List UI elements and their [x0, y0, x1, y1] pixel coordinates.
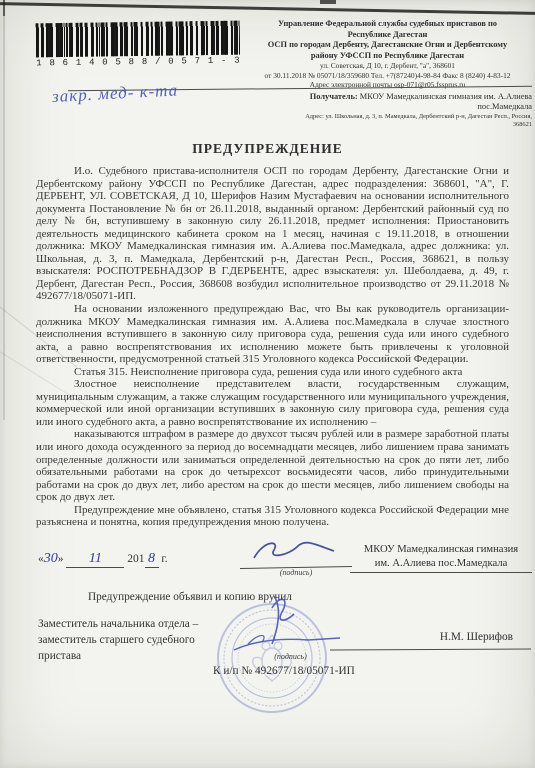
recipient-name: МКОУ Мамедкалинская гимназия им. А.Алиев…: [358, 92, 532, 101]
handwritten-signature: [240, 538, 352, 562]
recipient-line: пос.Мамедкала: [246, 102, 532, 112]
handwritten-note: закр. мед- к-та: [52, 77, 243, 107]
org-name-line: району УФССП по Республике Дагестан: [243, 51, 532, 62]
officer-title-line: Заместитель начальника отдела –: [38, 616, 218, 632]
body-paragraph: На основании изложенного предупреждаю Ва…: [36, 303, 509, 366]
body-paragraph: Злостное неисполнение представителем вла…: [36, 378, 509, 428]
body-paragraph: Статья 315. Неисполнение приговора суда,…: [36, 366, 509, 379]
recipient-address: Адрес: ул. Школьная, д. 3, п. Мамедкала,…: [246, 113, 532, 121]
scan-edge-artifact: [320, 0, 336, 4]
org-name-line: Управление Федеральной службы судебных п…: [243, 19, 532, 30]
podpis-caption: (подпись): [243, 652, 338, 661]
officer-name: Н.М. Шерифов: [330, 631, 531, 643]
recipient-line: Получатель: МКОУ Мамедкалинская гимназия…: [246, 92, 532, 102]
date-quote: »: [58, 553, 64, 565]
org-name-line: Республике Дагестан: [243, 30, 532, 41]
barcode-bars: [36, 21, 240, 58]
signature-field-recipient: (подпись): [240, 538, 352, 577]
handwritten-year-digit: 8: [148, 551, 155, 566]
org-address: ул. Советская, Д 10, г. Дербент, "а", 36…: [243, 61, 532, 70]
recipient-block: Получатель: МКОУ Мамедкалинская гимназия…: [246, 92, 532, 129]
org-name-line: МКОУ Мамедкалинская гимназия: [364, 544, 518, 555]
document-title: ПРЕДУПРЕЖДЕНИЕ: [0, 141, 535, 157]
date-field: «30» 11 2018 г.: [38, 551, 168, 568]
scanned-document-page: 1 8 6 1 4 0 5 8 8 / 0 5 7 1 - 3 Управлен…: [0, 0, 535, 768]
date-year-printed: 201: [127, 553, 144, 565]
recipient-address: 368621: [246, 121, 532, 129]
outgoing-ref: от 30.11.2018 № 05071/18/359680 Тел. +7(…: [243, 71, 532, 80]
body-paragraph: наказываются штрафом в размере до двухсо…: [36, 428, 509, 503]
case-reference: К и/п № 492677/18/05071-ИП: [213, 665, 355, 677]
handwritten-month: 11: [89, 551, 102, 566]
scan-edge-artifact: [0, 2, 535, 15]
letterhead: Управление Федеральной службы судебных п…: [243, 19, 532, 90]
body-paragraph: Предупреждение мне объявлено, статья 315…: [36, 504, 509, 529]
recipient-label: Получатель:: [310, 92, 358, 101]
barcode-digits: 1 8 6 1 4 0 5 8 8 / 0 5 7 1 - 3: [36, 56, 240, 69]
org-name-line: им. А.Алиева пос.Мамедкала: [350, 557, 532, 574]
body-paragraph: И.о. Судебного пристава-исполнителя ОСП …: [36, 165, 509, 303]
scan-edge-artifact: [3, 0, 5, 420]
podpis-caption: (подпись): [240, 568, 352, 577]
officer-signature-line: [330, 648, 531, 650]
document-body: И.о. Судебного пристава-исполнителя ОСП …: [36, 165, 509, 529]
date-suffix: г.: [161, 553, 167, 565]
org-name-line: ОСП по городам Дербенту, Дагестанские Ог…: [243, 40, 532, 51]
handwritten-day: 30: [44, 551, 58, 566]
document-barcode: 1 8 6 1 4 0 5 8 8 / 0 5 7 1 - 3: [36, 21, 241, 69]
organization-signature-block: МКОУ Мамедкалинская гимназия им. А.Алиев…: [350, 543, 532, 573]
officer-title-line: заместитель старшего судебного: [38, 632, 218, 648]
officer-title: Заместитель начальника отдела – заместит…: [38, 616, 218, 664]
officer-title-line: пристава: [38, 648, 218, 664]
